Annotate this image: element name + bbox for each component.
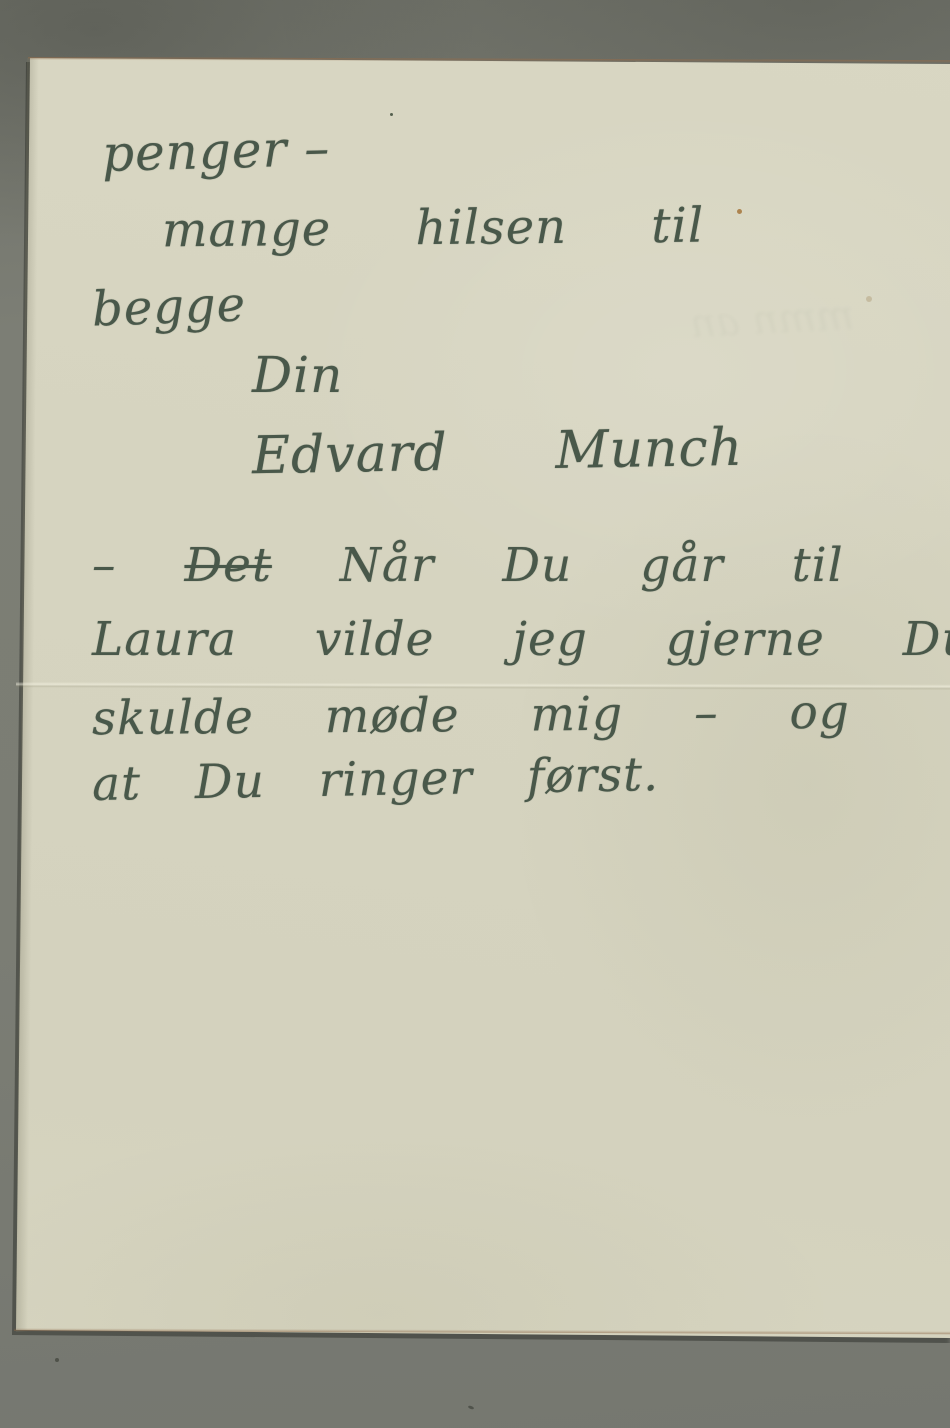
show-through-ghost-marks: mmn an [689, 296, 855, 345]
handwritten-line-laura: Laura vilde jeg gjerne Du [92, 616, 950, 663]
line-continuation: Når Du går til [340, 538, 844, 593]
struck-out-word: Det [184, 538, 271, 593]
handwritten-line-penger: penger – [101, 123, 330, 179]
signature-name-line: Edvard Munch [252, 422, 744, 483]
handwritten-line-naar-du-gaar: – Det Når Du går til [92, 542, 844, 589]
ink-speck [390, 113, 393, 116]
background-speck [468, 1405, 475, 1410]
faint-stain-dot [866, 296, 872, 302]
signature-closing-line: Din [252, 350, 343, 400]
background-speck [55, 1358, 59, 1362]
handwritten-line-begge: begge [91, 280, 247, 333]
dash-mark: – [92, 538, 117, 593]
letter-photograph: mmn an penger – mange hilsen til begge D… [0, 0, 950, 1428]
handwritten-line-ringer-forst: at Du ringer først. [92, 751, 660, 808]
rust-stain-dot [737, 209, 742, 214]
handwritten-line-skulde-mode: skulde møde mig – og [92, 689, 850, 743]
handwritten-line-greeting: mange hilsen til [162, 202, 705, 255]
